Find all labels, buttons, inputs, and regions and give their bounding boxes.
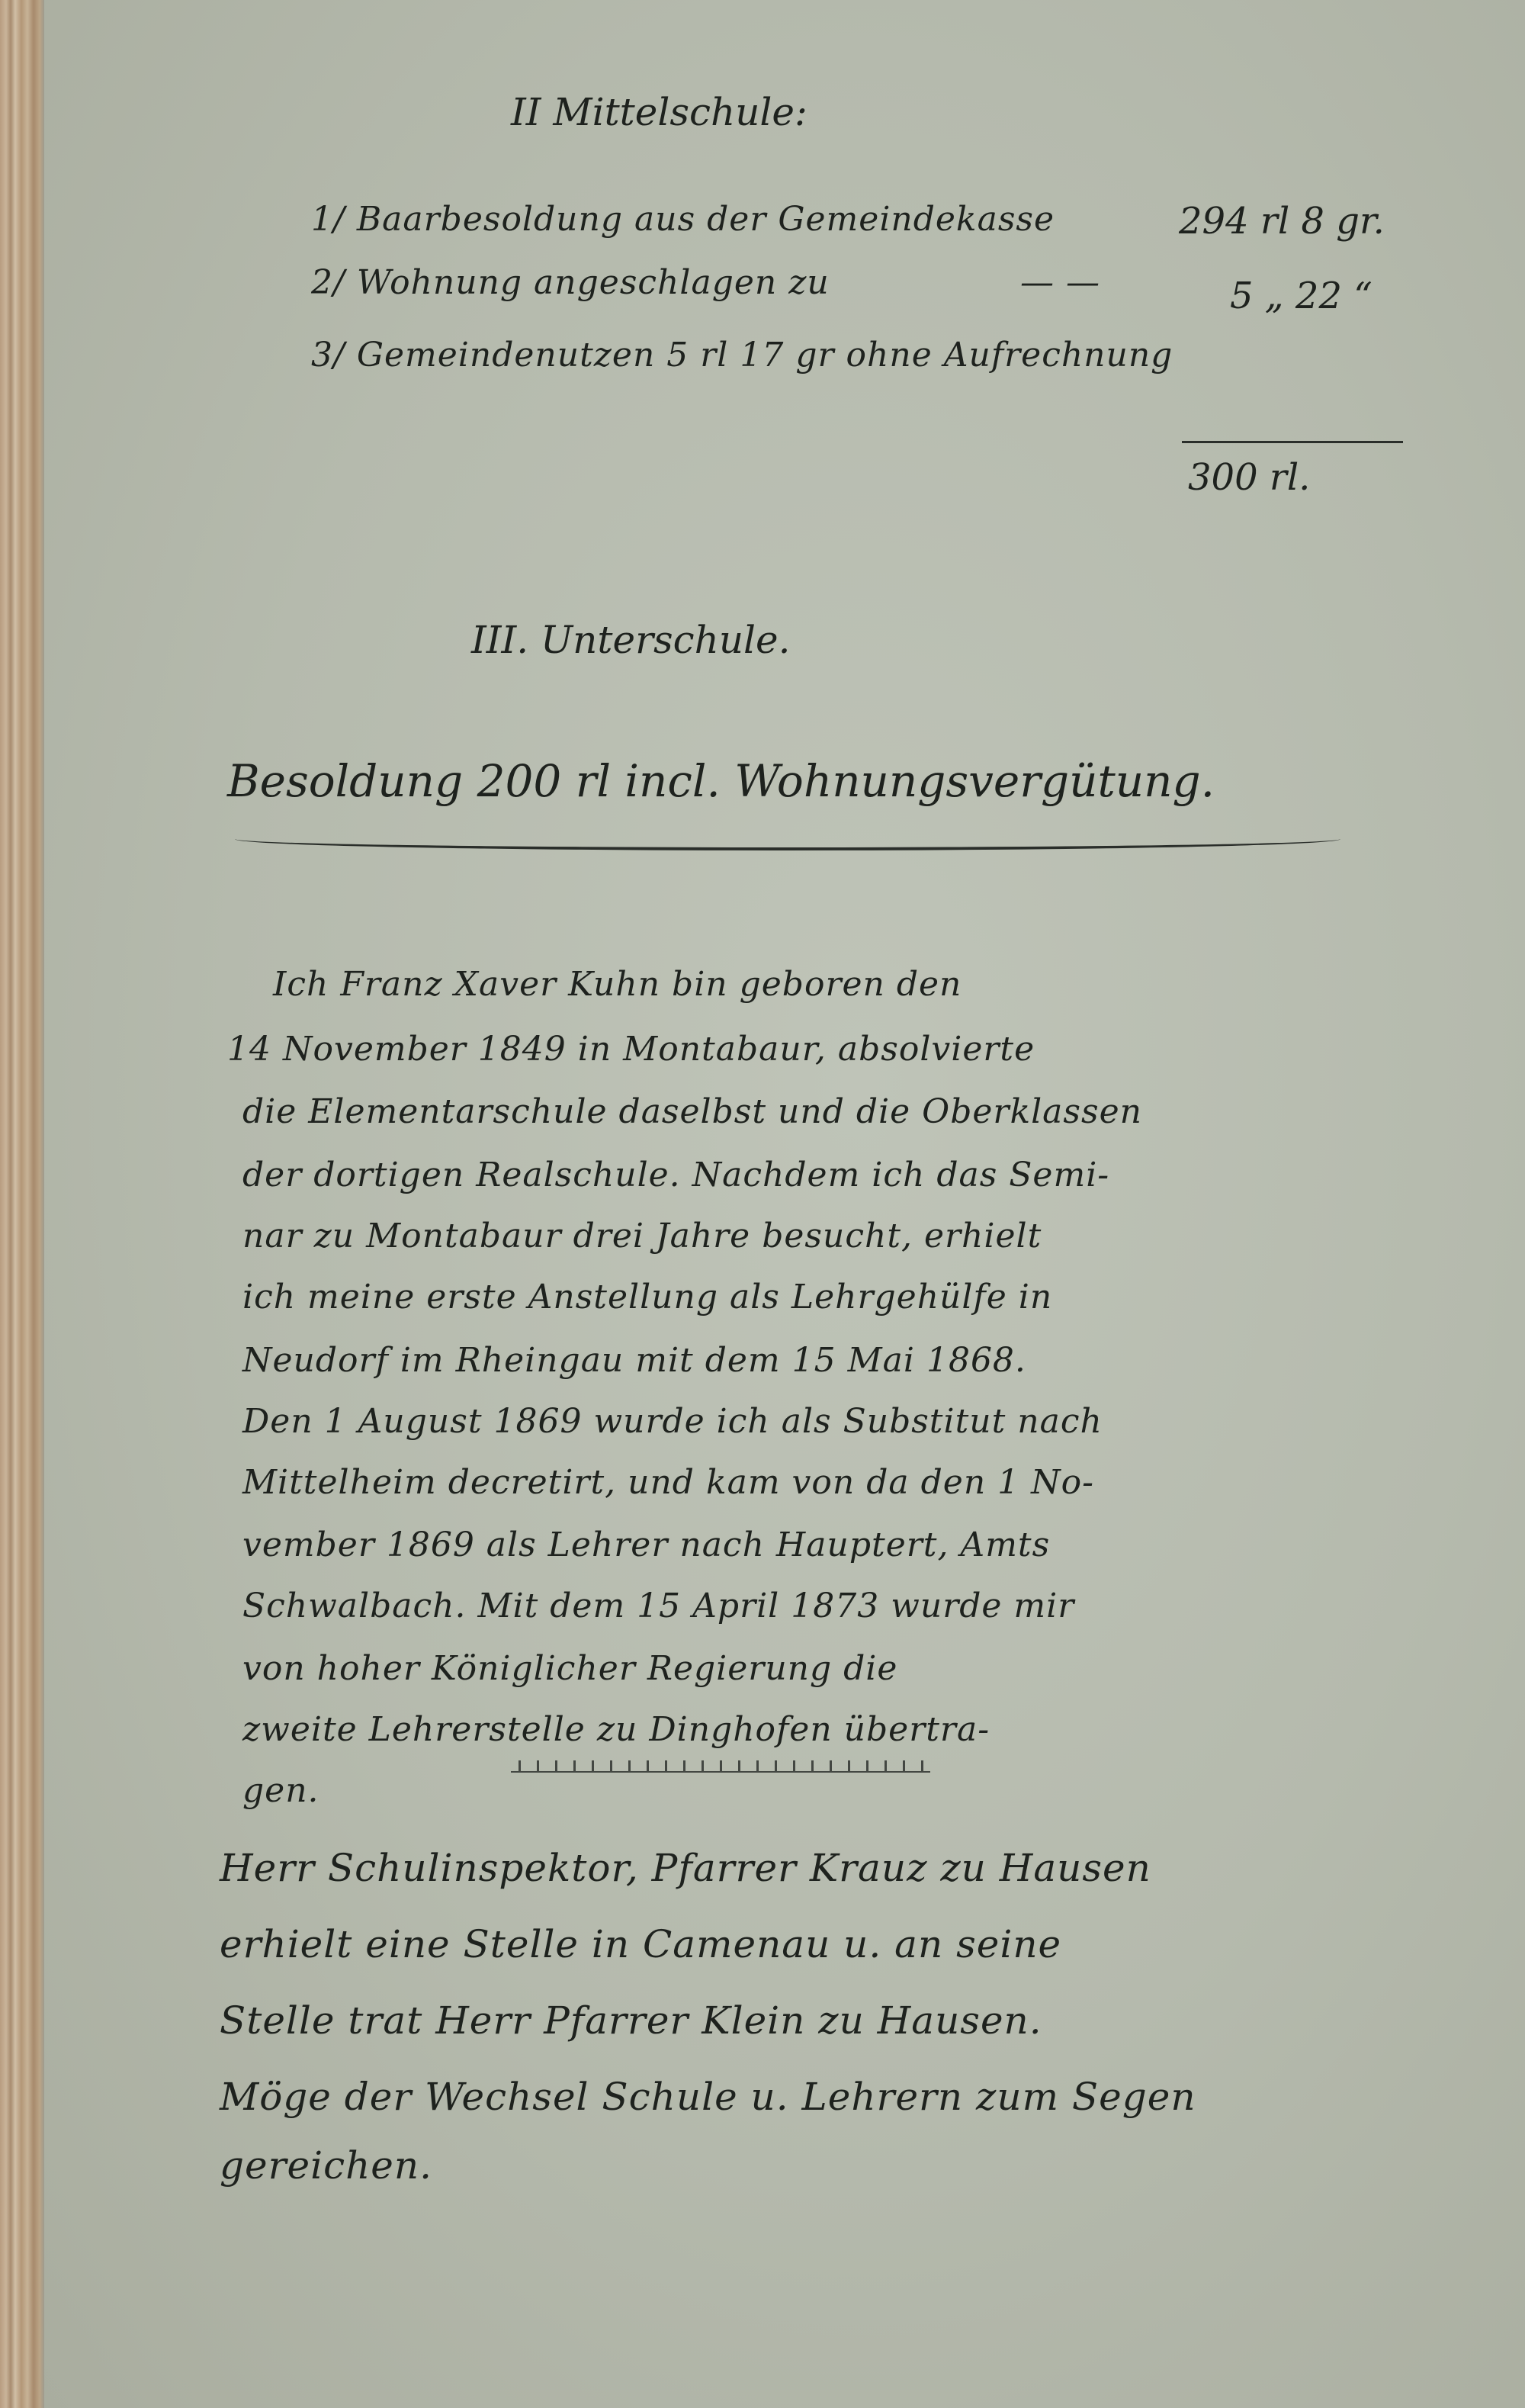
bio-line: Mittelheim decretirt, und kam von da den… (242, 1463, 1094, 1502)
item-number: 1/ (311, 200, 345, 239)
section-ii-item-3: 3/ Gemeindenutzen 5 rl 17 gr ohne Aufrec… (311, 336, 1173, 375)
closing-line: Herr Schulinspektor, Pfarrer Krauz zu Ha… (220, 1846, 1151, 1890)
bio-line: ich meine erste Anstellung als Lehrgehül… (242, 1278, 1052, 1317)
bio-line: gen. (242, 1771, 319, 1810)
section-iii-salary: Besoldung 200 rl incl. Wohnungsvergütung… (227, 755, 1215, 807)
bio-line: Ich Franz Xaver Kuhn bin geboren den (273, 965, 962, 1004)
bio-line: der dortigen Realschule. Nachdem ich das… (242, 1156, 1109, 1194)
section-divider-wavy (511, 1760, 930, 1773)
sum-rule (1182, 441, 1403, 443)
section-ii-item-2-amount: 5 „ 22 “ (1230, 275, 1372, 317)
item-text: Gemeindenutzen 5 rl 17 gr ohne Aufrechnu… (357, 336, 1173, 375)
bio-line: zweite Lehrerstelle zu Dinghofen übertra… (242, 1710, 990, 1749)
section-ii-heading: II Mittelschule: (511, 90, 807, 134)
item-number: 2/ (311, 263, 345, 302)
bio-line: 14 November 1849 in Montabaur, absolvier… (227, 1030, 1035, 1069)
manuscript-page: II Mittelschule: 1/ Baarbesoldung aus de… (44, 0, 1525, 2408)
bio-line: Schwalbach. Mit dem 15 April 1873 wurde … (242, 1587, 1074, 1625)
salary-underline (235, 828, 1340, 850)
closing-line: gereichen. (220, 2143, 432, 2188)
section-ii-item-1-amount: 294 rl 8 gr. (1179, 200, 1385, 243)
bio-line: die Elementarschule daselbst und die Obe… (242, 1092, 1142, 1131)
section-ii-item-1: 1/ Baarbesoldung aus der Gemeindekasse (311, 200, 1055, 239)
section-ii-item-2: 2/ Wohnung angeschlagen zu (311, 263, 830, 302)
bio-line: Den 1 August 1869 wurde ich als Substitu… (242, 1402, 1103, 1441)
section-ii-item-2-dashes: — — (1020, 263, 1100, 302)
bio-line: Neudorf im Rheingau mit dem 15 Mai 1868. (242, 1341, 1026, 1380)
closing-line: erhielt eine Stelle in Camenau u. an sei… (220, 1922, 1061, 1966)
item-text: Wohnung angeschlagen zu (357, 263, 830, 302)
section-ii-total: 300 rl. (1188, 456, 1310, 499)
item-text: Baarbesoldung aus der Gemeindekasse (357, 200, 1055, 239)
bio-line: vember 1869 als Lehrer nach Hauptert, Am… (242, 1525, 1050, 1564)
closing-line: Möge der Wechsel Schule u. Lehrern zum S… (220, 2075, 1196, 2119)
item-number: 3/ (311, 336, 345, 375)
section-iii-heading: III. Unterschule. (471, 618, 791, 662)
bio-line: nar zu Montabaur drei Jahre besucht, erh… (242, 1217, 1042, 1255)
closing-line: Stelle trat Herr Pfarrer Klein zu Hausen… (220, 1998, 1042, 2043)
bio-line: von hoher Königlicher Regierung die (242, 1649, 897, 1688)
book-binding-edge (0, 0, 44, 2408)
